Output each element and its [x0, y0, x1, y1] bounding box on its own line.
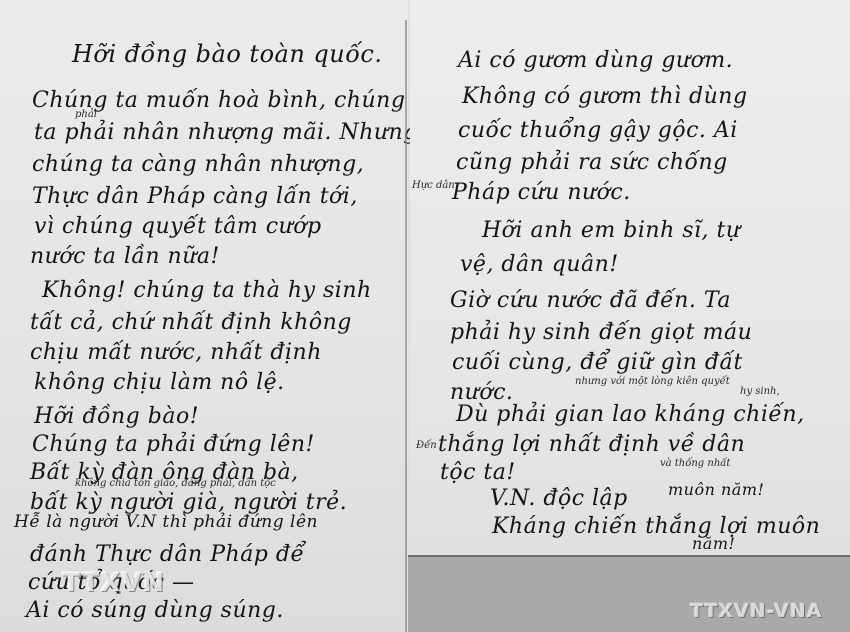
left-line-12: Hỡi đồng bào!: [34, 404, 199, 429]
right-insertion-2: nhưng với một lòng kiên quyết: [575, 376, 730, 387]
right-insertion-4: Đến: [416, 440, 437, 451]
right-line-3: cuốc thuổng gậy gộc. Ai: [458, 118, 738, 143]
left-page: Hỡi đồng bào toàn quốc. Chúng ta muốn ho…: [0, 0, 408, 632]
left-line-11: không chịu làm nô lệ.: [34, 370, 285, 395]
right-line-10: cuối cùng, để giữ gìn đất: [452, 350, 743, 375]
left-line-4: chúng ta càng nhân nhượng,: [32, 152, 364, 177]
right-line-8: Giờ cứu nước đã đến. Ta: [450, 288, 731, 313]
left-line-9: tất cả, chứ nhất định không: [30, 310, 352, 335]
right-line-12: Dù phải gian lao kháng chiến,: [456, 402, 805, 427]
right-line-7: vệ, dân quân!: [460, 252, 619, 277]
watermark-ttxvn: TTXVN: [62, 568, 165, 598]
left-line-16: Hễ là người V.N thì phải đứng lên: [14, 512, 318, 532]
right-line-4: cũng phải ra sức chống: [456, 150, 728, 175]
left-line-13: Chúng ta phải đứng lên!: [32, 432, 315, 457]
right-line-13: thắng lợi nhất định về dân: [438, 432, 745, 457]
right-line-14: tộc ta!: [440, 460, 516, 485]
right-page: Ai có gươm dùng gươm. Không có gươm thì …: [410, 0, 850, 555]
left-line-6: vì chúng quyết tâm cướp: [34, 214, 322, 239]
right-line-6: Hỡi anh em binh sĩ, tự: [482, 218, 741, 243]
left-line-3: ta phải nhân nhượng mãi. Nhưng: [34, 120, 418, 145]
watermark-ttxvn-vna: TTXVN-VNA: [690, 600, 822, 622]
left-line-19: Ai có súng dùng súng.: [26, 598, 284, 623]
right-insertion-6: muôn năm!: [668, 480, 764, 499]
right-line-15: V.N. độc lập: [490, 486, 628, 511]
right-insertion-1: Hực dân: [412, 180, 455, 191]
left-insertion-1: phải: [75, 109, 97, 120]
page-fold-divider: [405, 20, 407, 632]
left-line-8: Không! chúng ta thà hy sinh: [42, 278, 372, 303]
right-insertion-5: và thống nhất: [660, 458, 730, 469]
right-line-17: năm!: [692, 534, 735, 553]
right-insertion-3: hy sinh,: [740, 386, 780, 397]
scanned-document: Hỡi đồng bào toàn quốc. Chúng ta muốn ho…: [0, 0, 850, 632]
left-line-7: nước ta lần nữa!: [30, 244, 220, 269]
right-line-16: Kháng chiến thắng lợi muôn: [492, 514, 820, 539]
right-line-5: Pháp cứu nước.: [452, 180, 631, 205]
left-line-10: chịu mất nước, nhất định: [30, 340, 322, 365]
left-line-5: Thực dân Pháp càng lấn tới,: [32, 184, 358, 209]
right-line-1: Ai có gươm dùng gươm.: [458, 48, 733, 73]
left-insertion-2: không chia tôn giáo, đảng phái, dân tộc: [75, 478, 276, 489]
left-line-17: đánh Thực dân Pháp để: [30, 542, 305, 567]
right-line-9: phải hy sinh đến giọt máu: [450, 320, 752, 345]
right-line-2: Không có gươm thì dùng: [462, 84, 748, 109]
left-line-1: Hỡi đồng bào toàn quốc.: [72, 40, 383, 68]
